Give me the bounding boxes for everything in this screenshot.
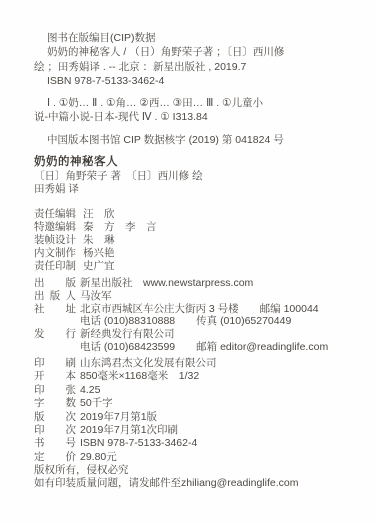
cip-title-line: 奶奶的神秘客人 / （日）角野荣子著 ；〔日〕西川修: [34, 45, 359, 59]
printing-value: 2019年7月第1版: [80, 411, 157, 423]
staff-row: 责任编辑汪 欣: [34, 208, 359, 221]
printing-label: 字数: [34, 397, 76, 410]
translator-line: 田秀娟 译: [34, 183, 359, 197]
book-title: 奶奶的神秘客人: [34, 156, 359, 170]
staff-label: 责任印制: [34, 260, 76, 273]
printing-label: 定价: [34, 451, 76, 464]
printing-value: 山东鸿君杰文化发展有限公司: [80, 357, 217, 369]
quality-notice: 如有印装质量问题，请发邮件至zhiliang@readinglife.com: [34, 477, 359, 490]
classification-line-2: 说-中篇小说-日本-现代 Ⅳ . ① I313.84: [34, 110, 359, 124]
printing-value: 50千字: [80, 397, 113, 409]
publication-block: 出版新星出版社 www.newstarpress.com 出版人马汝军 社址北京…: [34, 277, 359, 354]
publication-value: 北京市西城区车公庄大街丙 3 号楼 邮编 100044: [80, 303, 319, 315]
cip-classification-block: Ⅰ . ①奶… Ⅱ . ①角… ②西… ③田… Ⅲ . ①儿童小 说-中篇小说-…: [34, 96, 359, 124]
cip-isbn-line: ISBN 978-7-5133-3462-4: [34, 74, 359, 88]
printing-row: 定价29.80元: [34, 451, 359, 464]
cip-publisher-line: 绘 ；田秀娟译 . -- 北京 ：新星出版社 , 2019.7: [34, 60, 359, 74]
classification-line-1: Ⅰ . ①奶… Ⅱ . ①角… ②西… ③田… Ⅲ . ①儿童小: [34, 96, 359, 110]
publication-row: 出版新星出版社 www.newstarpress.com: [34, 277, 359, 290]
staff-label: 责任编辑: [34, 208, 76, 221]
staff-block: 责任编辑汪 欣 特邀编辑秦 方 李 言 装帧设计朱 琳 内文制作杨兴艳 责任印制…: [34, 208, 359, 273]
staff-value: 秦 方 李 言: [83, 221, 157, 233]
staff-row: 内文制作杨兴艳: [34, 247, 359, 260]
printing-label: 印张: [34, 384, 76, 397]
staff-label: 装帧设计: [34, 234, 76, 247]
printing-row: 印刷山东鸿君杰文化发展有限公司: [34, 357, 359, 370]
printing-value: 4.25: [80, 384, 100, 396]
publication-row: 发行新经典发行有限公司: [34, 328, 359, 341]
publication-row: 社址北京市西城区车公庄大街丙 3 号楼 邮编 100044: [34, 303, 359, 316]
staff-row: 装帧设计朱 琳: [34, 234, 359, 247]
printing-row: 书号ISBN 978-7-5133-3462-4: [34, 437, 359, 450]
staff-row: 特邀编辑秦 方 李 言: [34, 221, 359, 234]
cip-heading: 图书在版编目(CIP)数据: [34, 31, 359, 45]
copyright-page: 图书在版编目(CIP)数据 奶奶的神秘客人 / （日）角野荣子著 ；〔日〕西川修…: [0, 0, 375, 524]
distributor-contact-line: 电话 (010)68423599 邮箱 editor@readinglife.c…: [34, 341, 359, 354]
cip-record-number: 中国版本图书馆 CIP 数据核字 (2019) 第 041824 号: [34, 133, 359, 147]
printing-label: 版次: [34, 411, 76, 424]
staff-value: 朱 琳: [83, 234, 115, 246]
staff-label: 内文制作: [34, 247, 76, 260]
publication-contact-line: 电话 (010)88310888 传真 (010)65270449: [34, 315, 359, 328]
staff-value: 汪 欣: [83, 208, 115, 220]
footer-block: 版权所有，侵权必究 如有印装质量问题，请发邮件至zhiliang@reading…: [34, 464, 359, 490]
publication-label: 发行: [34, 328, 76, 341]
printing-value: 29.80元: [80, 451, 117, 463]
copyright-notice: 版权所有，侵权必究: [34, 464, 359, 477]
printing-label: 开本: [34, 370, 76, 383]
publication-label: 出版人: [34, 290, 76, 303]
printing-row: 开本850毫米×1168毫米 1/32: [34, 370, 359, 383]
publication-label: 出版: [34, 277, 76, 290]
printing-label: 书号: [34, 437, 76, 450]
printing-row: 版次2019年7月第1版: [34, 411, 359, 424]
publication-label: 社址: [34, 303, 76, 316]
printing-value: 850毫米×1168毫米 1/32: [80, 370, 199, 382]
printing-value: ISBN 978-7-5133-3462-4: [80, 437, 197, 449]
staff-row: 责任印制史广宜: [34, 260, 359, 273]
cip-data-block: 图书在版编目(CIP)数据 奶奶的神秘客人 / （日）角野荣子著 ；〔日〕西川修…: [34, 31, 359, 89]
printing-row: 印张4.25: [34, 384, 359, 397]
staff-value: 史广宜: [83, 260, 115, 272]
authors-line: 〔日〕角野荣子 著 〔日〕西川修 绘: [34, 170, 359, 184]
printing-row: 字数50千字: [34, 397, 359, 410]
title-block: 奶奶的神秘客人 〔日〕角野荣子 著 〔日〕西川修 绘 田秀娟 译: [34, 156, 359, 197]
printing-block: 印刷山东鸿君杰文化发展有限公司 开本850毫米×1168毫米 1/32 印张4.…: [34, 357, 359, 464]
publication-value: 新星出版社 www.newstarpress.com: [80, 277, 253, 289]
publication-row: 出版人马汝军: [34, 290, 359, 303]
staff-label: 特邀编辑: [34, 221, 76, 234]
publication-value: 马汝军: [80, 290, 112, 302]
printing-value: 2019年7月第1次印刷: [80, 424, 178, 436]
printing-row: 印次2019年7月第1次印刷: [34, 424, 359, 437]
staff-value: 杨兴艳: [83, 247, 115, 259]
printing-label: 印次: [34, 424, 76, 437]
printing-label: 印刷: [34, 357, 76, 370]
publication-value: 新经典发行有限公司: [80, 328, 175, 340]
